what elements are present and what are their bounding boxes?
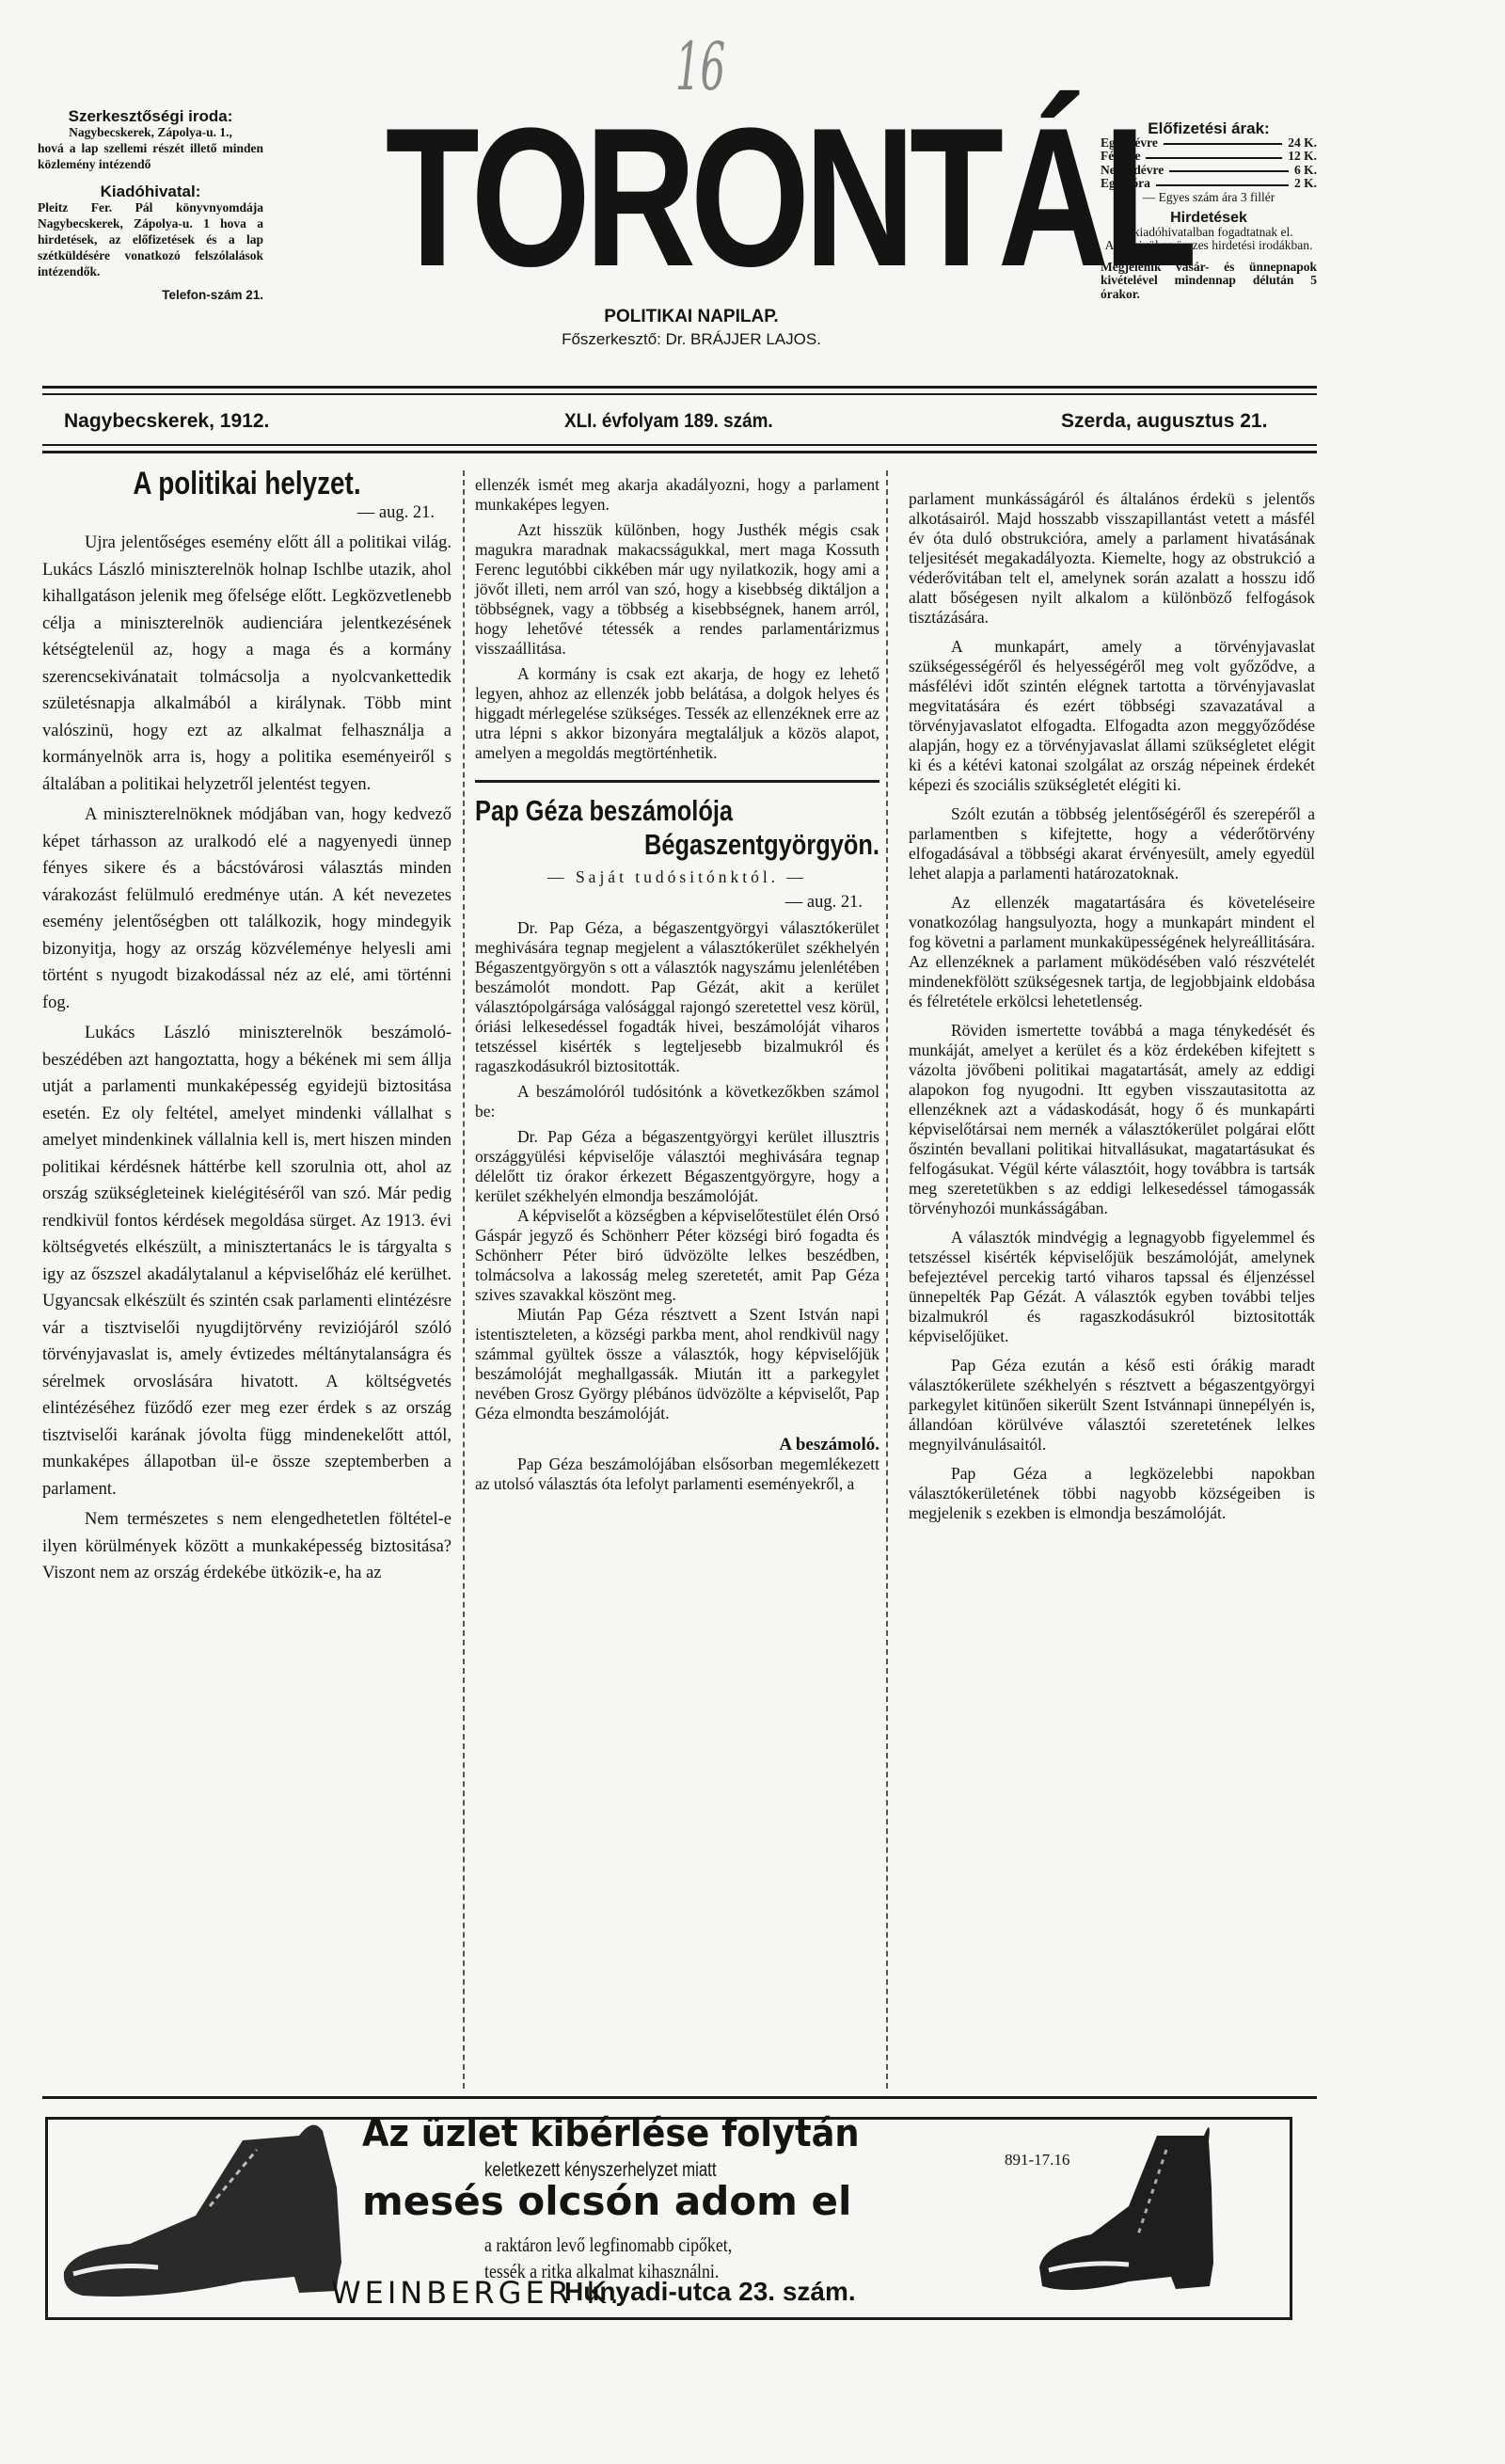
- price-label: Egy hóra: [1101, 177, 1150, 191]
- article-paragraph: Ujra jelentőséges esemény előtt áll a po…: [42, 530, 451, 798]
- article-paragraph: A munkapárt, amely a törvényjavaslat szü…: [909, 637, 1315, 795]
- lace-up-boot-icon: [55, 2112, 346, 2305]
- article-paragraph: A képviselőt a községben a képviselőtest…: [475, 1206, 879, 1305]
- phone-number: Telefon-szám 21.: [38, 287, 263, 303]
- ad-number: 891-17.16: [1005, 2151, 1069, 2170]
- masthead-title: TORONTÁL: [386, 108, 951, 287]
- column-divider: [463, 470, 465, 2089]
- article-date: — aug. 21.: [475, 893, 863, 913]
- price-label: Félévre: [1101, 150, 1140, 164]
- article-paragraph: parlament munkásságáról és általános érd…: [909, 489, 1315, 628]
- section-heading: A beszámoló.: [475, 1435, 879, 1455]
- article-title-line2: Bégaszentgyörgyön.: [547, 828, 879, 862]
- editor-in-chief: Főszerkesztő: Dr. BRÁJJER LAJOS.: [470, 330, 912, 349]
- article-paragraph: Lukács László miniszterelnök beszámoló-b…: [42, 1020, 451, 1502]
- price-row: Negyedévre6 K.: [1101, 164, 1317, 178]
- editorial-office-address: Nagybecskerek, Zápolya-u. 1.,: [38, 124, 263, 140]
- header-rule: [42, 451, 1317, 453]
- article-date: — aug. 21.: [42, 500, 435, 527]
- ad-top-rule: [42, 2096, 1317, 2099]
- ads-title: Hirdetések: [1101, 212, 1317, 226]
- single-issue-price: — Egyes szám ára 3 fillér: [1101, 191, 1317, 205]
- price-value: 24 K.: [1288, 136, 1317, 151]
- ad-headline-2: mesés olcsón adom el: [362, 2178, 851, 2224]
- ad-body-line: a raktáron levő legfinomabb cipőket,: [484, 2232, 732, 2258]
- article-paragraph: Dr. Pap Géza a bégaszentgyörgyi kerület …: [475, 1127, 879, 1206]
- article-paragraph: Miután Pap Géza résztvett a Szent István…: [475, 1305, 879, 1423]
- publisher-title: Kiadóhivatal:: [38, 183, 263, 199]
- article-paragraph: Röviden ismertette továbbá a maga tényke…: [909, 1021, 1315, 1218]
- prices-title: Előfizetési árak:: [1101, 122, 1317, 136]
- article-divider: [475, 780, 879, 783]
- ads-text: a kiadóhivatalban fogadtatnak el. Azonki…: [1101, 226, 1317, 253]
- dateline-date: Szerda, augusztus 21.: [1061, 410, 1267, 433]
- column-2: ellenzék ismét meg akarja akadályozni, h…: [475, 475, 879, 1494]
- article-paragraph: A miniszterelnöknek módjában van, hogy k…: [42, 802, 451, 1016]
- button-boot-icon: [1035, 2112, 1218, 2305]
- editorial-office-note: hová a lap szellemi részét illető minden…: [38, 140, 263, 172]
- price-label: Negyedévre: [1101, 164, 1164, 178]
- article-title-line1: Pap Géza beszámolója: [475, 794, 807, 828]
- price-value: 12 K.: [1288, 150, 1317, 164]
- masthead-subtitle: POLITIKAI NAPILAP.: [470, 307, 912, 327]
- column-3: parlament munkásságáról és általános érd…: [909, 489, 1315, 1523]
- article-paragraph: ellenzék ismét meg akarja akadályozni, h…: [475, 475, 879, 515]
- article-paragraph: Pap Géza beszámolójában elsősorban megem…: [475, 1455, 879, 1494]
- article-paragraph: Nem természetes s nem elengedhetetlen fö…: [42, 1506, 451, 1587]
- header-rule: [42, 444, 1317, 446]
- price-value: 6 K.: [1294, 164, 1317, 178]
- article-byline: — Saját tudósitónktól. —: [475, 867, 879, 887]
- column-divider: [886, 470, 888, 2089]
- article-paragraph: Azt hisszük különben, hogy Justhék mégis…: [475, 520, 879, 659]
- article-paragraph: Pap Géza ezután a késő esti órákig marad…: [909, 1356, 1315, 1455]
- article-paragraph: Pap Géza a legközelebbi napokban választ…: [909, 1464, 1315, 1523]
- article-paragraph: Az ellenzék magatartására és követelései…: [909, 893, 1315, 1011]
- header-rule: [42, 386, 1317, 389]
- dateline-place-year: Nagybecskerek, 1912.: [64, 410, 269, 433]
- publisher-text: Pleitz Fer. Pál könyvnyomdája Nagybecske…: [38, 199, 263, 279]
- article-paragraph: Dr. Pap Géza, a bégaszentgyörgyi választ…: [475, 918, 879, 1076]
- article-paragraph: Szólt ezután a többség jelentőségéről és…: [909, 804, 1315, 883]
- price-value: 2 K.: [1294, 177, 1317, 191]
- header-subscription-info: Előfizetési árak: Egész évre24 K. Félévr…: [1101, 122, 1317, 301]
- price-label: Egész évre: [1101, 136, 1158, 151]
- dateline-volume: XLI. évfolyam 189. szám.: [564, 410, 773, 433]
- column-1: A politikai helyzet. — aug. 21. Ujra jel…: [42, 470, 451, 1587]
- article-paragraph: A beszámolóról tudósitónk a következőkbe…: [475, 1082, 879, 1121]
- ad-address: Hunyadi-utca 23. szám.: [564, 2277, 856, 2307]
- price-row: Egy hóra2 K.: [1101, 177, 1317, 191]
- article-title: A politikai helyzet.: [79, 470, 415, 498]
- price-row: Félévre12 K.: [1101, 150, 1317, 164]
- article-paragraph: A kormány is csak ezt akarja, de hogy ez…: [475, 664, 879, 763]
- article-paragraph: A választók mindvégig a legnagyobb figye…: [909, 1228, 1315, 1346]
- editorial-office-title: Szerkesztőségi iroda:: [38, 108, 263, 124]
- ad-headline: Az üzlet kibérlése folytán: [362, 2112, 860, 2155]
- publication-schedule: Megjelenik vasár- és ünnepnapok kivételé…: [1101, 261, 1317, 302]
- price-row: Egész évre24 K.: [1101, 136, 1317, 151]
- header-rule: [42, 393, 1317, 395]
- header-editorial-info: Szerkesztőségi iroda: Nagybecskerek, Záp…: [38, 108, 263, 303]
